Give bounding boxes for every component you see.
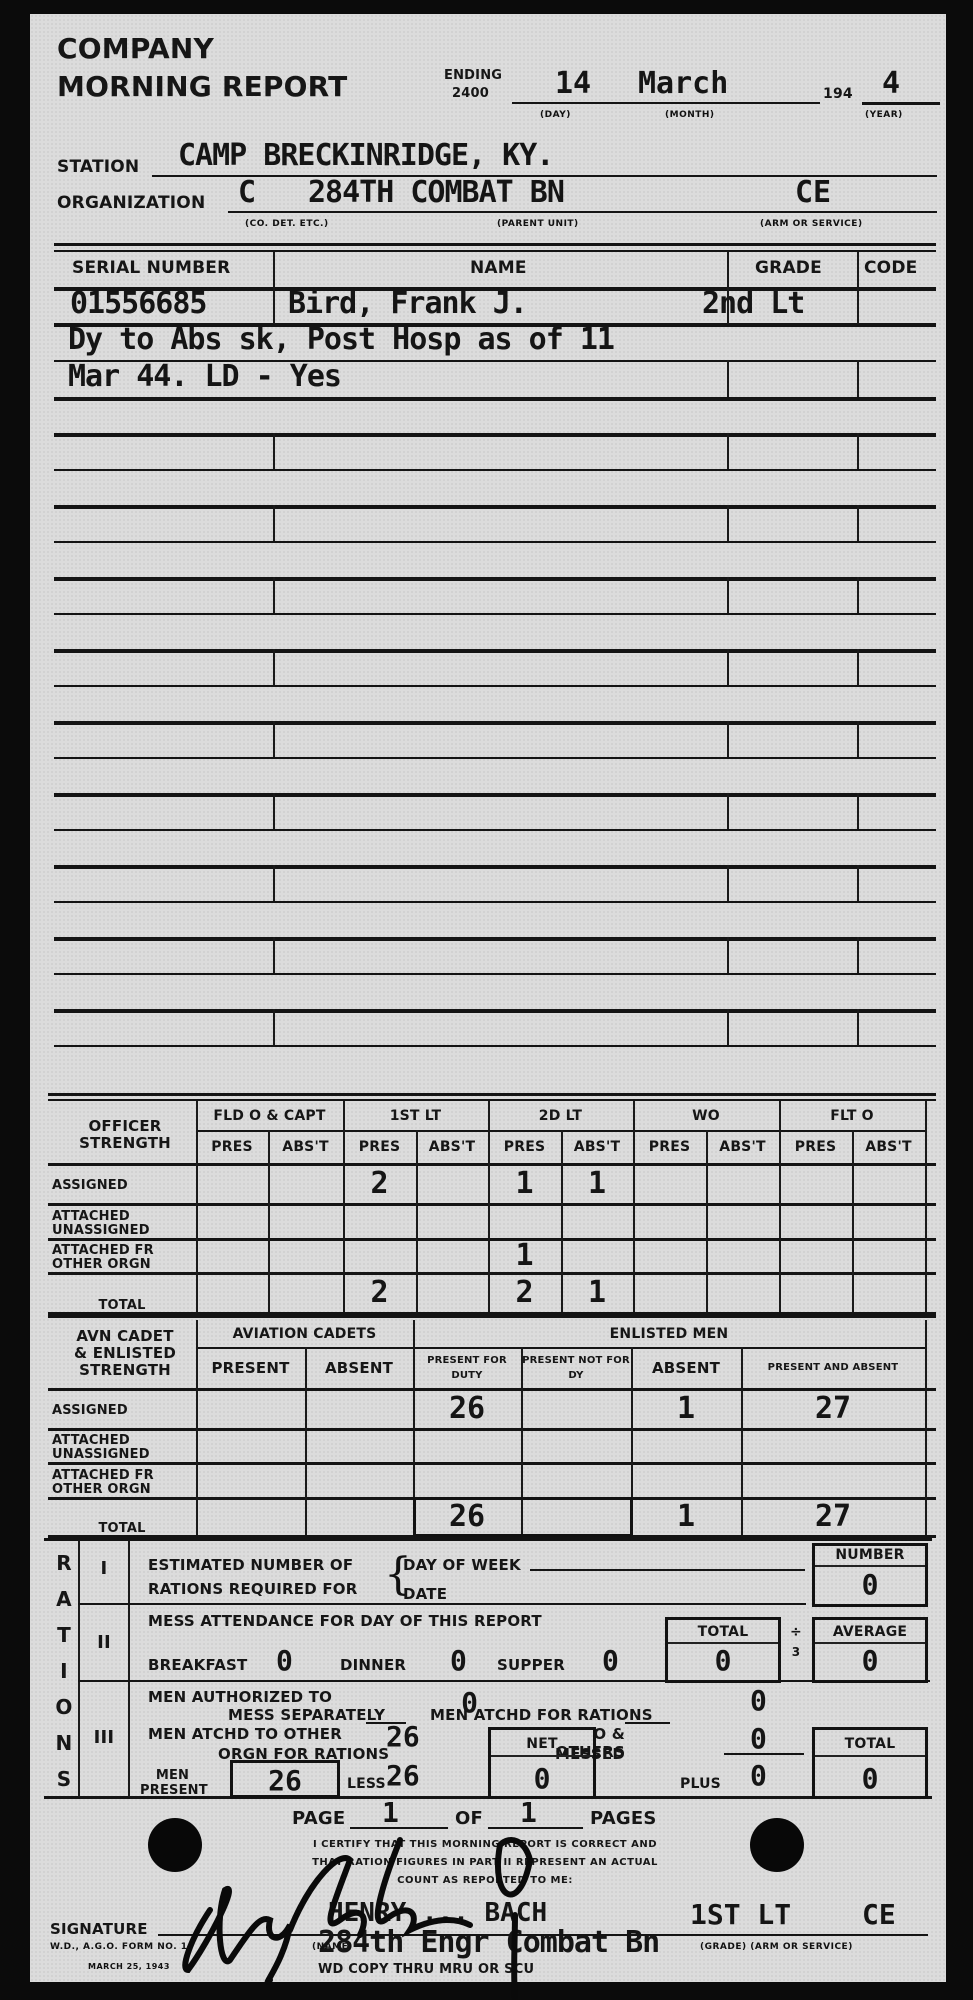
officer-strength-cell[interactable] xyxy=(196,1203,268,1238)
plus-value: 0 xyxy=(750,1759,767,1792)
enlisted-col-header: PRESENT xyxy=(196,1347,305,1388)
officer-strength-cell[interactable] xyxy=(268,1163,343,1203)
station-label: STATION xyxy=(57,157,139,177)
enlisted-col-header: PRESENT NOT FOR DY xyxy=(521,1347,631,1388)
officer-strength-cell[interactable]: 2 xyxy=(488,1272,561,1312)
date-underline xyxy=(512,102,820,104)
officer-strength-cell[interactable] xyxy=(852,1163,925,1203)
officer-top-rule xyxy=(48,1093,936,1096)
col-header-grade: GRADE xyxy=(755,258,822,278)
officer-strength-cell[interactable] xyxy=(196,1238,268,1272)
day-of-week-field[interactable] xyxy=(530,1569,805,1571)
officer-group-header: 2D LT xyxy=(488,1101,633,1130)
dinner-label: DINNER xyxy=(340,1656,406,1674)
enlisted-strength-cell[interactable] xyxy=(413,1428,521,1462)
officer-row-label: ATTACHED FR OTHER ORGN xyxy=(52,1241,192,1275)
officer-group-header: WO xyxy=(633,1101,779,1130)
member-name: Bird, Frank J. xyxy=(288,286,527,321)
officer-subcol-header: PRES xyxy=(488,1130,561,1163)
attendance-average-value: 0 xyxy=(815,1644,925,1677)
enlisted-strength-cell[interactable] xyxy=(196,1497,305,1535)
estimated-rations-label-1: ESTIMATED NUMBER OF xyxy=(148,1556,353,1574)
officer-strength-cell[interactable] xyxy=(633,1163,706,1203)
organization-company: C xyxy=(238,175,256,210)
men-atchd-rations-label: MEN ATCHD FOR RATIONS xyxy=(430,1706,653,1724)
year-caption: (YEAR) xyxy=(865,110,903,120)
organization-label: ORGANIZATION xyxy=(57,193,205,213)
rations-total-value: 0 xyxy=(815,1762,925,1795)
others-messed-value: 0 xyxy=(750,1722,767,1755)
member-grade: 2nd Lt xyxy=(702,286,804,321)
estimated-rations-label-2: RATIONS REQUIRED FOR xyxy=(148,1580,357,1598)
arm-caption: (ARM OR SERVICE) xyxy=(760,219,863,229)
enlisted-strength-cell[interactable] xyxy=(631,1462,741,1497)
date-label: DATE xyxy=(403,1585,447,1603)
enlisted-strength-cell[interactable] xyxy=(521,1428,631,1462)
month-caption: (MONTH) xyxy=(665,110,715,120)
form-title-line2: MORNING REPORT xyxy=(57,72,347,102)
enlisted-strength-cell[interactable]: 27 xyxy=(741,1388,925,1428)
officer-row-label: ASSIGNED xyxy=(52,1166,192,1206)
breakfast-value: 0 xyxy=(276,1644,293,1677)
officer-subcol-header: PRES xyxy=(633,1130,706,1163)
officer-strength-cell[interactable] xyxy=(852,1238,925,1272)
officer-strength-cell[interactable]: 2 xyxy=(343,1163,416,1203)
remark-line-2: Mar 44. LD - Yes xyxy=(68,359,341,394)
officer-strength-cell[interactable] xyxy=(633,1238,706,1272)
organization-underline xyxy=(228,211,937,213)
officer-strength-title: OFFICER STRENGTH xyxy=(55,1118,195,1152)
officer-strength-cell[interactable] xyxy=(196,1272,268,1312)
rations-number-value: 0 xyxy=(815,1568,925,1601)
officer-subcol-header: ABS'T xyxy=(561,1130,633,1163)
officer-strength-cell[interactable] xyxy=(416,1272,488,1312)
officer-strength-cell[interactable] xyxy=(779,1203,852,1238)
officer-strength-cell[interactable] xyxy=(706,1203,779,1238)
enlisted-strength-cell[interactable]: 27 xyxy=(741,1497,925,1535)
mess-attendance-title: MESS ATTENDANCE FOR DAY OF THIS REPORT xyxy=(148,1612,542,1630)
enlisted-strength-cell[interactable] xyxy=(521,1462,631,1497)
grade-arm-caption: (GRADE) (ARM OR SERVICE) xyxy=(700,1942,853,1952)
organization-arm: CE xyxy=(795,175,831,210)
officer-subcol-header: PRES xyxy=(343,1130,416,1163)
officer-strength-cell[interactable] xyxy=(343,1203,416,1238)
men-present-value: 26 xyxy=(233,1764,337,1797)
attendance-total-value: 0 xyxy=(668,1644,778,1677)
less-label: LESS xyxy=(347,1776,386,1792)
officer-strength-cell[interactable] xyxy=(706,1163,779,1203)
enlisted-strength-cell[interactable] xyxy=(741,1462,925,1497)
form-title-line1: COMPANY xyxy=(57,34,214,64)
divide-icon: ÷ xyxy=(784,1624,808,1640)
officer-strength-cell[interactable] xyxy=(268,1272,343,1312)
signer-grade: 1ST LT xyxy=(690,1898,791,1931)
breakfast-label: BREAKFAST xyxy=(148,1656,247,1674)
col-header-name: NAME xyxy=(470,258,527,278)
officer-strength-cell[interactable] xyxy=(633,1203,706,1238)
year-underline xyxy=(862,102,940,105)
officer-strength-cell[interactable] xyxy=(779,1163,852,1203)
signer-arm: CE xyxy=(862,1898,896,1931)
supper-label: SUPPER xyxy=(497,1656,565,1674)
day-of-week-label: DAY OF WEEK xyxy=(403,1556,521,1574)
officer-strength-cell[interactable]: 1 xyxy=(488,1163,561,1203)
officer-strength-cell[interactable] xyxy=(561,1203,633,1238)
aviation-cadets-header: AVIATION CADETS xyxy=(196,1320,413,1347)
officer-strength-cell[interactable]: 1 xyxy=(561,1272,633,1312)
enlisted-strength-cell[interactable] xyxy=(196,1462,305,1497)
officer-strength-cell[interactable] xyxy=(779,1272,852,1312)
enlisted-strength-cell[interactable] xyxy=(305,1388,413,1428)
enlisted-col-header: PRESENT FOR DUTY xyxy=(413,1347,521,1388)
dinner-value: 0 xyxy=(450,1644,467,1677)
attendance-total-box: TOTAL 0 xyxy=(665,1617,781,1683)
organization-parent-unit: 284TH COMBAT BN xyxy=(308,175,564,210)
other-orgn-value: 26 xyxy=(386,1720,420,1753)
officer-strength-cell[interactable]: 1 xyxy=(561,1163,633,1203)
enlisted-strength-cell[interactable] xyxy=(413,1462,521,1497)
enlisted-row-label: ASSIGNED xyxy=(52,1391,192,1431)
officer-group-header: 1ST LT xyxy=(343,1101,488,1130)
report-month: March xyxy=(638,66,728,101)
officer-group-header: FLD O & CAPT xyxy=(196,1101,343,1130)
supper-value: 0 xyxy=(602,1644,619,1677)
remark-line-1: Dy to Abs sk, Post Hosp as of 11 xyxy=(68,322,614,357)
report-year: 4 xyxy=(882,66,900,101)
men-present-box: 26 xyxy=(230,1760,340,1798)
men-present-label: MEN PRESENT xyxy=(140,1768,205,1798)
plus-label: PLUS xyxy=(680,1776,721,1792)
form-id: W.D., A.G.O. FORM NO. 1 xyxy=(50,1942,188,1952)
divide-by: 3 xyxy=(784,1645,808,1659)
rations-top-rule xyxy=(44,1538,932,1541)
enlisted-strength-cell[interactable]: 1 xyxy=(631,1497,741,1535)
enlisted-strength-cell[interactable] xyxy=(521,1388,631,1428)
enlisted-strength-cell[interactable] xyxy=(631,1428,741,1462)
report-day: 14 xyxy=(555,66,591,101)
enlisted-strength-cell[interactable] xyxy=(305,1497,413,1535)
officer-subcol-header: PRES xyxy=(779,1130,852,1163)
officer-strength-cell[interactable] xyxy=(343,1238,416,1272)
officer-strength-cell[interactable] xyxy=(416,1238,488,1272)
enlisted-strength-cell[interactable]: 1 xyxy=(631,1388,741,1428)
officer-subcol-header: PRES xyxy=(196,1130,268,1163)
company-caption: (CO. DET. ETC.) xyxy=(245,219,329,229)
signature-label: SIGNATURE xyxy=(50,1920,148,1938)
enlisted-col-header: PRESENT AND ABSENT xyxy=(741,1347,925,1388)
form-date: MARCH 25, 1943 xyxy=(88,1962,170,1971)
section-3-numeral: III xyxy=(80,1727,128,1748)
officer-strength-cell[interactable] xyxy=(852,1272,925,1312)
enlisted-total-highlight xyxy=(413,1497,633,1537)
officer-strength-cell[interactable]: 1 xyxy=(488,1238,561,1272)
enlisted-row-label: TOTAL xyxy=(52,1500,192,1538)
enlisted-row-label: ATTACHED FR OTHER ORGN xyxy=(52,1465,192,1500)
other-orgn-label-1: MEN ATCHD TO OTHER xyxy=(148,1725,342,1743)
net-box: NET 0 xyxy=(488,1727,596,1799)
officer-strength-cell[interactable] xyxy=(779,1238,852,1272)
officer-strength-cell[interactable] xyxy=(633,1272,706,1312)
enlisted-strength-title: AVN CADET & ENLISTED STRENGTH xyxy=(55,1328,195,1379)
parent-unit-caption: (PARENT UNIT) xyxy=(497,219,579,229)
officer-strength-cell[interactable] xyxy=(416,1163,488,1203)
rations-side-label: RATIONS xyxy=(52,1545,76,1797)
day-caption: (DAY) xyxy=(540,110,571,120)
roster-top-rule xyxy=(54,243,936,246)
section-1-numeral: I xyxy=(80,1558,128,1579)
enlisted-strength-cell[interactable] xyxy=(305,1462,413,1497)
ending-label: ENDING xyxy=(444,68,502,83)
rations-number-box: NUMBER 0 xyxy=(812,1543,928,1607)
punch-hole-right xyxy=(750,1818,804,1872)
enlisted-row-label: ATTACHED UNASSIGNED xyxy=(52,1431,192,1465)
handwritten-signature xyxy=(170,1820,690,2000)
officer-subcol-header: ABS'T xyxy=(852,1130,925,1163)
officer-row-label: ATTACHED UNASSIGNED xyxy=(52,1206,192,1241)
rations-total-box: TOTAL 0 xyxy=(812,1727,928,1799)
enlisted-strength-cell[interactable]: 26 xyxy=(413,1388,521,1428)
officer-strength-cell[interactable] xyxy=(416,1203,488,1238)
enlisted-col-header: ABSENT xyxy=(631,1347,741,1388)
year-prefix: 194 xyxy=(823,86,853,102)
officer-strength-cell[interactable] xyxy=(706,1272,779,1312)
net-value: 0 xyxy=(491,1762,593,1795)
enlisted-men-header: ENLISTED MEN xyxy=(413,1320,925,1347)
attendance-average-box: AVERAGE 0 xyxy=(812,1617,928,1683)
officer-subcol-header: ABS'T xyxy=(268,1130,343,1163)
ending-time: 2400 xyxy=(452,86,489,101)
col-header-code: CODE xyxy=(864,258,917,278)
officer-strength-cell[interactable] xyxy=(268,1203,343,1238)
col-header-serial: SERIAL NUMBER xyxy=(72,258,230,278)
station-value: CAMP BRECKINRIDGE, KY. xyxy=(178,138,553,173)
officer-strength-cell[interactable] xyxy=(706,1238,779,1272)
less-value: 26 xyxy=(386,1759,420,1792)
serial-number: 01556685 xyxy=(70,286,207,321)
officer-strength-cell[interactable] xyxy=(196,1163,268,1203)
officer-strength-cell[interactable] xyxy=(561,1238,633,1272)
enlisted-strength-cell[interactable] xyxy=(196,1388,305,1428)
officer-row-label: TOTAL xyxy=(52,1275,192,1315)
section-2-numeral: II xyxy=(80,1632,128,1653)
officer-group-header: FLT O xyxy=(779,1101,925,1130)
officer-strength-cell[interactable] xyxy=(852,1203,925,1238)
officer-strength-cell[interactable]: 2 xyxy=(343,1272,416,1312)
enlisted-col-header: ABSENT xyxy=(305,1347,413,1388)
officer-subcol-header: ABS'T xyxy=(416,1130,488,1163)
officer-strength-cell[interactable] xyxy=(268,1238,343,1272)
enlisted-strength-cell[interactable] xyxy=(305,1428,413,1462)
enlisted-strength-cell[interactable] xyxy=(196,1428,305,1462)
officer-strength-cell[interactable] xyxy=(488,1203,561,1238)
men-atchd-rations-value: 0 xyxy=(750,1684,767,1717)
officer-subcol-header: ABS'T xyxy=(706,1130,779,1163)
enlisted-strength-cell[interactable] xyxy=(741,1428,925,1462)
